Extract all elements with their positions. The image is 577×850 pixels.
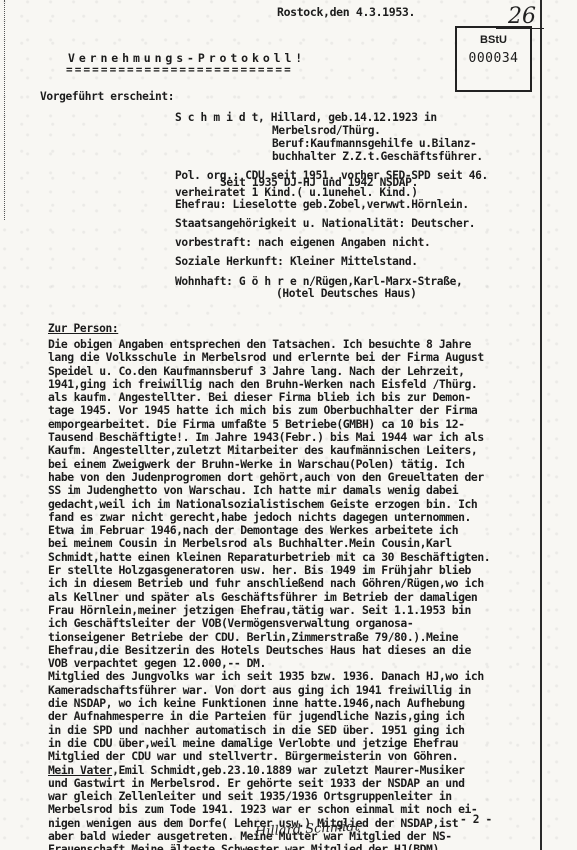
statement-heading: Zur Person: [48,323,118,335]
statement-line: gedacht,weil ich im Nationalsozialistisc… [48,498,538,511]
statement-line: die NSDAP, wo ich keine Funktionen inne … [48,697,538,710]
birthplace: Merbelsrod/Thürg. [272,125,381,137]
statement-line: emporgearbeitet. Die Firma umfaßte 5 Bet… [48,418,538,431]
statement-body: Die obigen Angaben entsprechen den Tatsa… [48,338,538,850]
statement-line: Mitglied der CDU war und stellvertr. Bür… [48,750,538,763]
statement-line: in die CDU über,weil meine damalige Verl… [48,737,538,750]
statement-line: Speidel u. Co.den Kaufmannsberuf 3 Jahre… [48,365,538,378]
statement-line: tage 1945. Vor 1945 hatte ich mich bis z… [48,404,538,417]
social-origin-line: Soziale Herkunft: Kleiner Mittelstand. [175,256,418,268]
statement-line: Mein Vater,Emil Schmidt,geb.23.10.1889 w… [48,764,538,777]
wife-line: Ehefrau: Lieselotte geb.Zobel,verwwt.Hör… [175,199,469,211]
page-edge-border [540,0,542,850]
statement-line: Kameradschaftsführer war. Von dort aus g… [48,684,538,697]
statement-line: Tausend Beschäftigte!. Im Jahre 1943(Feb… [48,431,538,444]
profession-line-1: Beruf:Kaufmannsgehilfe u.Bilanz- [272,138,476,150]
statement-line: habe von den Judenprogromen dort gehört,… [48,471,538,484]
stamp-organization: BStU [457,34,530,46]
statement-line: Er stellte Holzgasgeneratoren usw. her. … [48,564,538,577]
statement-line: VOB verpachtet gegen 12.000,-- DM. [48,657,538,670]
document-page: Rostock,den 4.3.1953. 26 BStU 000034 Ver… [0,0,577,850]
punch-marks [4,0,15,220]
statement-line: Ehefrau,die Besitzerin des Hotels Deutsc… [48,644,538,657]
statement-line: Die obigen Angaben entsprechen den Tatsa… [48,338,538,351]
statement-line: SS im Judenghetto von Warschau. Ich hatt… [48,484,538,497]
statement-line: fand es zwar nicht gerecht,habe jedoch n… [48,511,538,524]
title-rule: ========================== [66,64,293,76]
statement-line: Mitglied des Jungvolks war ich seit 1935… [48,670,538,683]
statement-line: tionseigener Betriebe der CDU. Berlin,Zi… [48,631,538,644]
presented-label: Vorgeführt erscheint: [40,91,174,103]
statement-line: und Gastwirt in Merbelsrod. Er gehörte s… [48,777,538,790]
statement-line: als Kellner und später als Geschäftsführ… [48,591,538,604]
statement-line: Frauenschaft.Meine älteste Schwester war… [48,843,538,850]
place-date: Rostock,den 4.3.1953. [277,6,415,18]
criminal-record-line: vorbestraft: nach eigenen Angaben nicht. [175,237,430,249]
statement-line: Etwa im Februar 1946,nach der Demontage … [48,524,538,537]
page-number: - 2 - [460,814,492,826]
statement-line: bei einem Zweigwerk der Bruhn-Werke in W… [48,458,538,471]
statement-line: 1941,ging ich freiwillig nach den Bruhn-… [48,378,538,391]
statement-line: als kaufm. Angestellter. Bei dieser Firm… [48,391,538,404]
residence-line-2: (Hotel Deutsches Haus) [276,288,416,300]
statement-line: in die SPD und nachher automatisch in di… [48,724,538,737]
statement-line: der Aufnahmesperre in die Parteien für j… [48,710,538,723]
statement-line: war gleich Zellenleiter und seit 1935/19… [48,790,538,803]
father-label: Mein Vater [48,763,112,777]
statement-line: Kaufm. Angestellter,zuletzt Mitarbeiter … [48,444,538,457]
person-name-line: S c h m i d t, Hillard, geb.14.12.1923 i… [175,112,437,124]
statement-line: bei meinem Cousin in Merbelsrod als Buch… [48,537,538,550]
stamp-number: 000034 [457,51,530,66]
statement-line: lang die Volksschule in Merbelsrod und e… [48,351,538,364]
statement-line: ich in diesem Betrieb und fuhr anschließ… [48,577,538,590]
profession-line-2: buchhalter Z.Z.t.Geschäftsführer. [272,151,483,163]
statement-line: Frau Hörnlein,meiner jetzigen Ehefrau,tä… [48,604,538,617]
nationality-line: Staatsangehörigkeit u. Nationalität: Deu… [175,218,475,230]
statement-line: Schmidt,hatte einen kleinen Reparaturbet… [48,551,538,564]
statement-line: ich Geschäftsleiter der VOB(Vermögensver… [48,617,538,630]
archive-stamp: BStU 000034 [455,26,532,92]
